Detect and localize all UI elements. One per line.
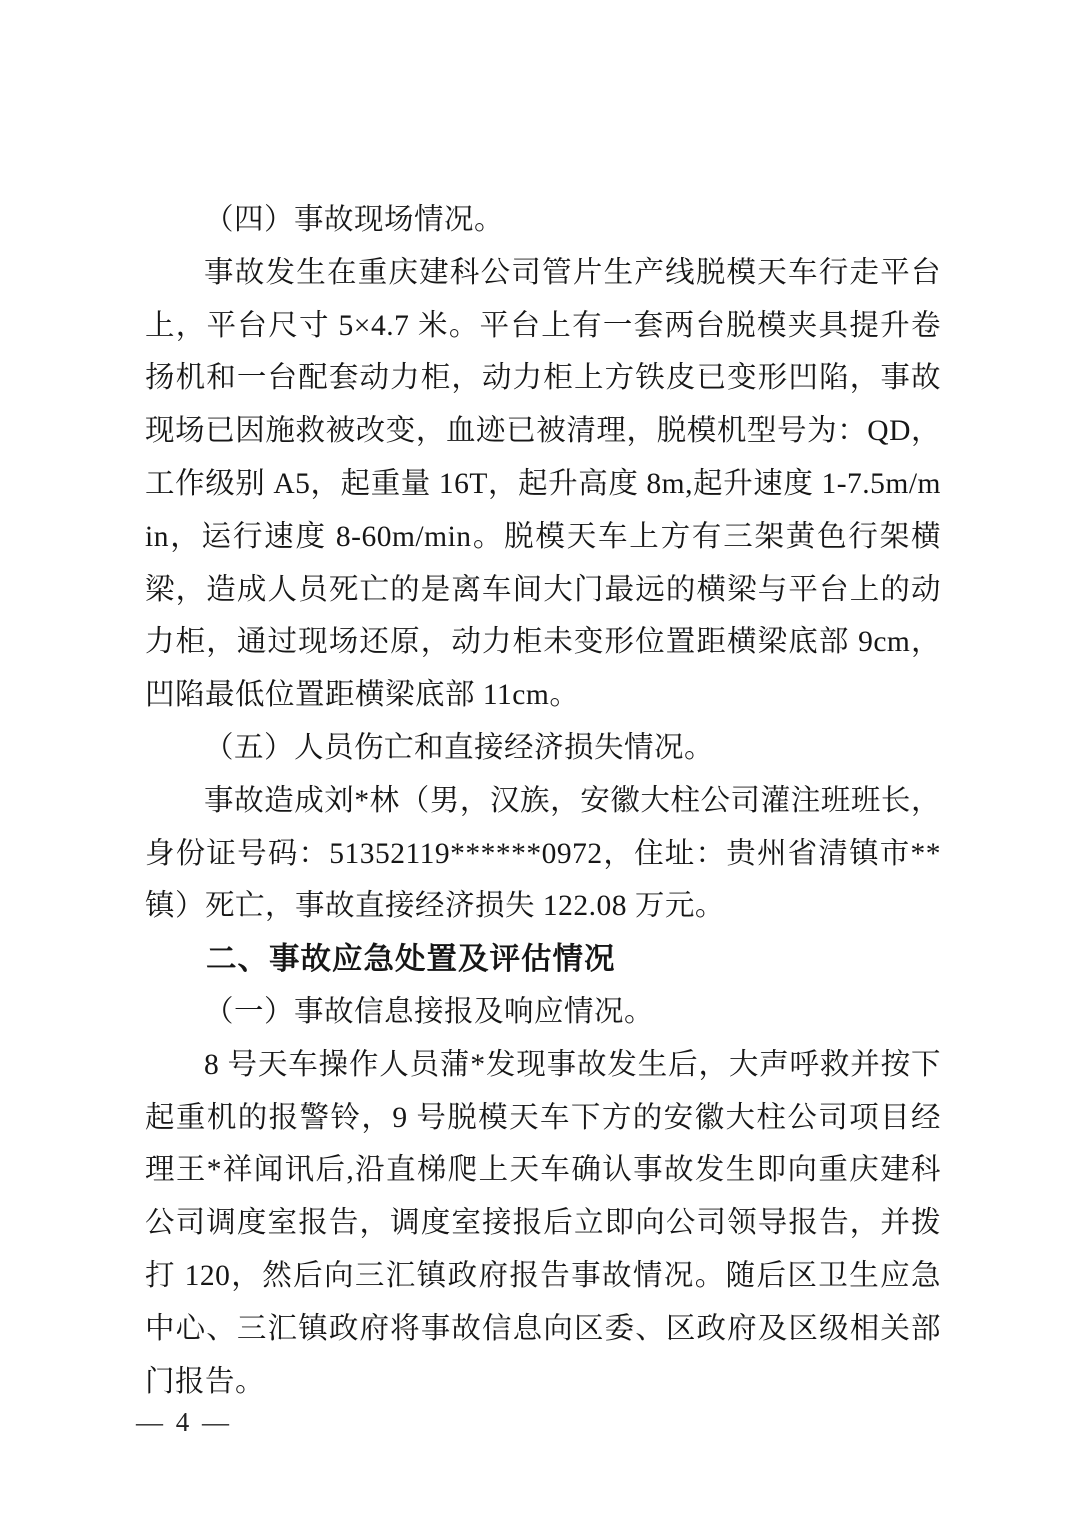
section-heading-4-accident-scene: （四）事故现场情况。 [145,194,941,247]
document-content: （四）事故现场情况。 事故发生在重庆建科公司管片生产线脱模天车行走平台上，平台尺… [145,194,941,1408]
page-number: — 4 — [136,1402,232,1442]
paragraph-accident-scene-details: 事故发生在重庆建科公司管片生产线脱模天车行走平台上，平台尺寸 5×4.7 米。平… [145,247,941,722]
paragraph-incident-reporting-details: 8 号天车操作人员蒲*发现事故发生后，大声呼救并按下起重机的报警铃，9 号脱模天… [145,1039,941,1409]
chapter-heading-2-emergency-response: 二、事故应急处置及评估情况 [145,933,941,986]
document-page: （四）事故现场情况。 事故发生在重庆建科公司管片生产线脱模天车行走平台上，平台尺… [0,0,1074,1520]
section-heading-1-incident-reporting: （一）事故信息接报及响应情况。 [145,986,941,1039]
section-heading-5-casualties-losses: （五）人员伤亡和直接经济损失情况。 [145,722,941,775]
paragraph-casualties-losses-details: 事故造成刘*林（男，汉族，安徽大柱公司灌注班班长，身份证号码：51352119*… [145,775,941,933]
